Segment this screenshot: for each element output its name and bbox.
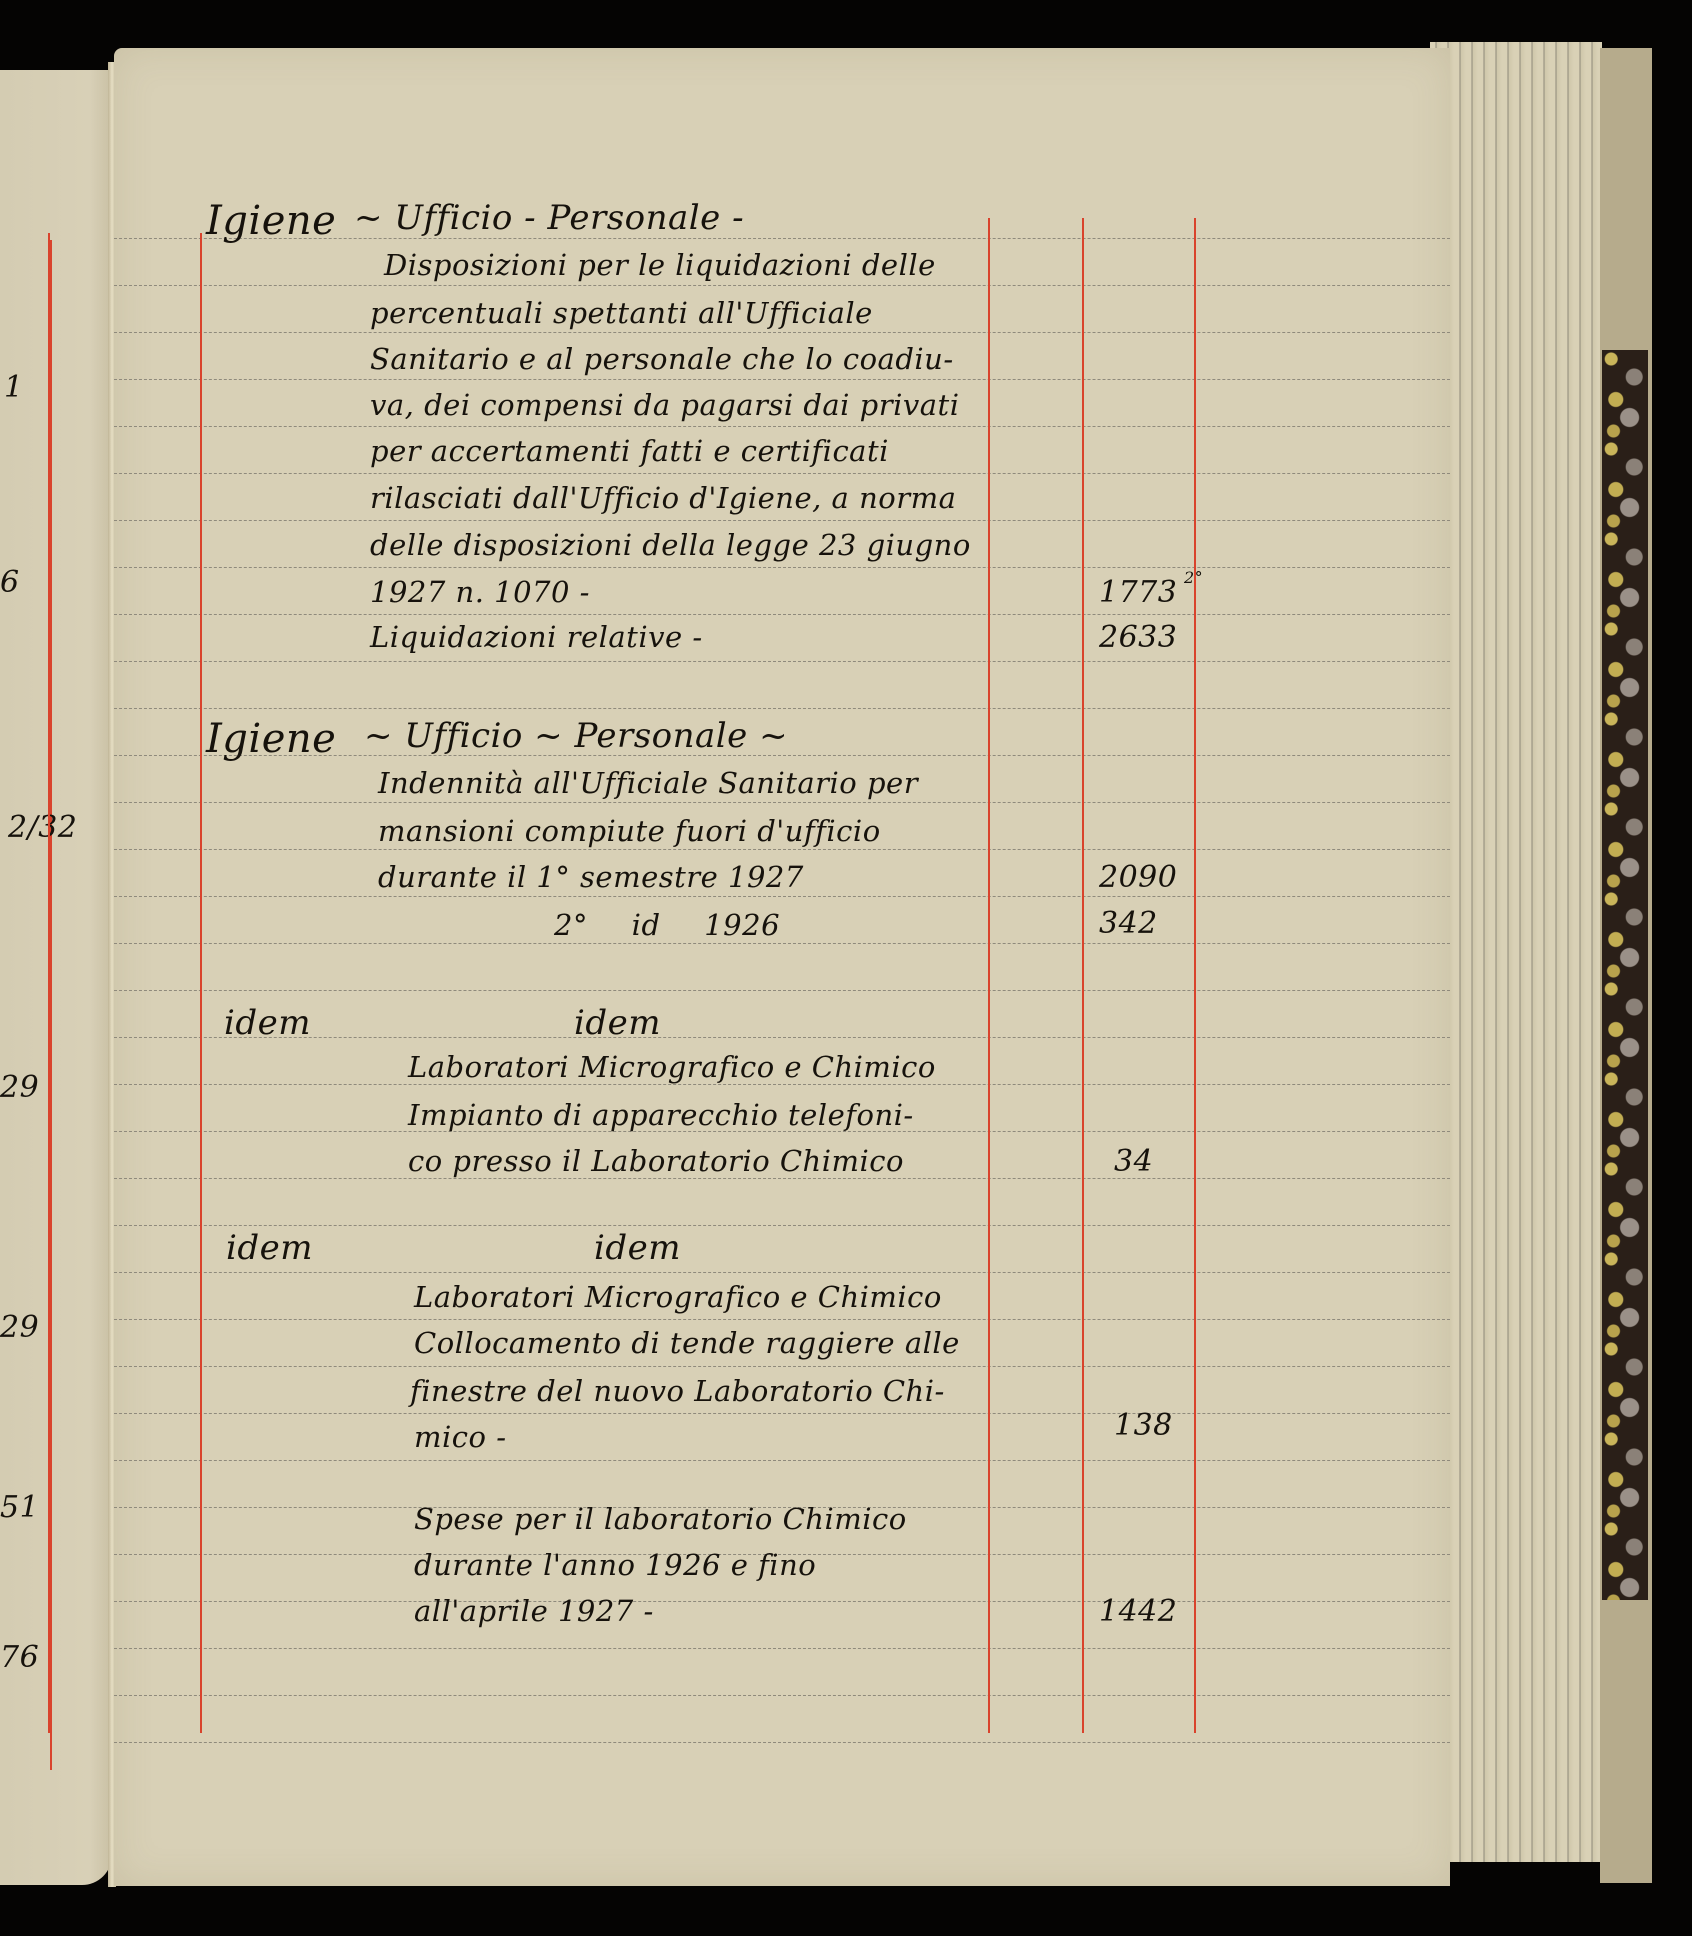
entry-5-line: durante l'anno 1926 e fino	[414, 1548, 816, 1582]
left-fragment-1: 1	[4, 370, 24, 405]
entry-4-category: idem	[226, 1228, 313, 1268]
right-page: Igiene ~ Ufficio - Personale - Disposizi…	[114, 48, 1450, 1886]
left-fragment-5: 29	[0, 1310, 39, 1345]
entry-1-line: percentuali spettanti all'Ufficiale	[370, 296, 873, 330]
entry-3-subcategory: idem	[574, 1003, 661, 1043]
marbled-cover	[1602, 350, 1648, 1600]
entry-2-amount: 342	[1099, 906, 1158, 941]
left-fragment-3: 2/32	[8, 810, 77, 845]
left-fragment-6: 51	[0, 1490, 39, 1525]
left-fragment-2: 6	[0, 565, 20, 600]
red-rule-1	[48, 233, 50, 1733]
entry-3-line: Impianto di apparecchio telefoni-	[408, 1098, 914, 1132]
entry-3-line: Laboratori Micrografico e Chimico	[408, 1050, 936, 1084]
entry-4-subcategory: idem	[594, 1228, 681, 1268]
left-page-red-margin	[50, 240, 52, 1770]
entry-5-line: Spese per il laboratorio Chimico	[414, 1502, 907, 1536]
entry-1-subcategory: ~ Ufficio - Personale -	[354, 198, 744, 238]
entry-3-category: idem	[224, 1003, 311, 1043]
entry-1-category: Igiene	[206, 198, 336, 244]
entry-3-line: co presso il Laboratorio Chimico	[408, 1144, 904, 1178]
left-page: 1 6 2/32 29 29 51 76	[0, 70, 112, 1885]
entry-1-line: Liquidazioni relative -	[370, 620, 703, 654]
entry-1-line: Disposizioni per le liquidazioni delle	[384, 248, 936, 282]
left-fragment-4: 29	[0, 1070, 39, 1105]
entry-2-line: mansioni compiute fuori d'ufficio	[378, 814, 881, 848]
entry-1-amount: 2633	[1099, 620, 1177, 655]
entry-4-line: mico -	[414, 1420, 507, 1454]
red-rule-right	[1194, 218, 1196, 1733]
entry-1-amount-note: 2°	[1184, 568, 1203, 587]
entry-2-category: Igiene	[206, 716, 336, 762]
entry-2-line: 2° id 1926	[554, 908, 780, 942]
entry-2-amount: 2090	[1099, 860, 1177, 895]
page-stack-edges	[1430, 42, 1602, 1862]
entry-2-line: durante il 1° semestre 1927	[378, 860, 804, 894]
entry-1-amount: 1773	[1099, 575, 1177, 610]
entry-1-line: delle disposizioni della legge 23 giugno	[370, 528, 971, 562]
entry-1-line: Sanitario e al personale che lo coadiu-	[370, 342, 954, 376]
entry-4-line: Collocamento di tende raggiere alle	[414, 1326, 960, 1360]
entry-4-amount: 138	[1114, 1408, 1173, 1443]
entry-5-amount: 1442	[1099, 1594, 1177, 1629]
red-rule-category	[200, 233, 202, 1733]
entry-3-amount: 34	[1114, 1144, 1153, 1179]
entry-1-line: rilasciati dall'Ufficio d'Igiene, a norm…	[370, 481, 956, 515]
red-rule-description	[988, 218, 990, 1733]
entry-1-line: 1927 n. 1070 -	[370, 575, 590, 609]
entry-1-line: per accertamenti fatti e certificati	[370, 434, 889, 468]
entry-4-line: finestre del nuovo Laboratorio Chi-	[410, 1374, 945, 1408]
entry-5-line: all'aprile 1927 -	[414, 1594, 654, 1628]
red-rule-amount	[1082, 218, 1084, 1733]
left-fragment-7: 76	[0, 1640, 39, 1675]
entry-2-subcategory: ~ Ufficio ~ Personale ~	[364, 716, 788, 756]
entry-4-line: Laboratori Micrografico e Chimico	[414, 1280, 942, 1314]
entry-1-line: va, dei compensi da pagarsi dai privati	[370, 388, 959, 422]
entry-2-line: Indennità all'Ufficiale Sanitario per	[378, 766, 918, 800]
